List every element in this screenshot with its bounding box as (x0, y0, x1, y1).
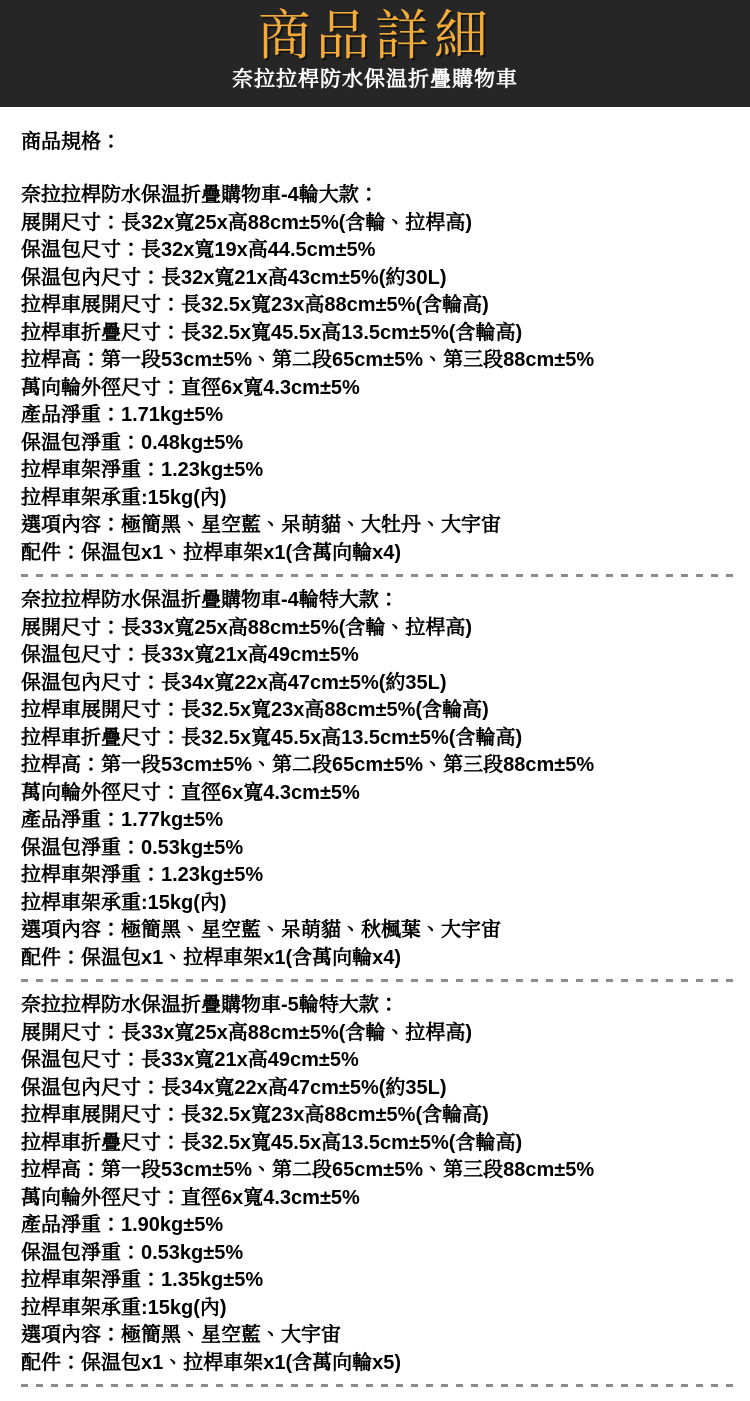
spec-line: 保温包內尺寸：長34x寬22x高47cm±5%(約35L) (21, 1075, 737, 1103)
header-banner: 商品詳細 奈拉拉桿防水保温折疊購物車 (0, 0, 750, 107)
spec-line: 選項內容：極簡黑、星空藍、呆萌貓、秋楓葉、大宇宙 (21, 917, 737, 945)
spec-line: 展開尺寸：長32x寬25x高88cm±5%(含輪、拉桿高) (21, 210, 737, 238)
section-title: 奈拉拉桿防水保温折疊購物車-4輪大款： (21, 182, 737, 210)
spec-line: 拉桿車折疊尺寸：長32.5x寬45.5x高13.5cm±5%(含輪高) (21, 320, 737, 348)
spec-line: 拉桿車架淨重：1.23kg±5% (21, 862, 737, 890)
spec-line: 保温包淨重：0.48kg±5% (21, 430, 737, 458)
spec-line: 拉桿車架承重:15kg(內) (21, 485, 737, 513)
spec-line: 拉桿高：第一段53cm±5%、第二段65cm±5%、第三段88cm±5% (21, 1157, 737, 1185)
spec-line: 拉桿高：第一段53cm±5%、第二段65cm±5%、第三段88cm±5% (21, 752, 737, 780)
spec-line: 保温包內尺寸：長32x寬21x高43cm±5%(約30L) (21, 265, 737, 293)
spec-line: 萬向輪外徑尺寸：直徑6x寬4.3cm±5% (21, 375, 737, 403)
spec-line: 產品淨重：1.90kg±5% (21, 1212, 737, 1240)
page-title: 商品詳細 (0, 7, 750, 65)
spec-line: 拉桿車架承重:15kg(內) (21, 1295, 737, 1323)
spec-line: 展開尺寸：長33x寬25x高88cm±5%(含輪、拉桿高) (21, 615, 737, 643)
product-section-4-wheel-xlarge: 奈拉拉桿防水保温折疊購物車-4輪特大款： 展開尺寸：長33x寬25x高88cm±… (21, 587, 737, 982)
product-section-5-wheel-xlarge: 奈拉拉桿防水保温折疊購物車-5輪特大款： 展開尺寸：長33x寬25x高88cm±… (21, 992, 737, 1387)
spec-line: 拉桿高：第一段53cm±5%、第二段65cm±5%、第三段88cm±5% (21, 347, 737, 375)
spec-line: 拉桿車展開尺寸：長32.5x寬23x高88cm±5%(含輪高) (21, 292, 737, 320)
product-spec-content: 商品規格： 奈拉拉桿防水保温折疊購物車-4輪大款： 展開尺寸：長32x寬25x高… (0, 128, 750, 1401)
spec-line: 拉桿車展開尺寸：長32.5x寬23x高88cm±5%(含輪高) (21, 697, 737, 725)
section-title: 奈拉拉桿防水保温折疊購物車-5輪特大款： (21, 992, 737, 1020)
spec-line: 選項內容：極簡黑、星空藍、呆萌貓、大牡丹、大宇宙 (21, 512, 737, 540)
section-lines: 展開尺寸：長33x寬25x高88cm±5%(含輪、拉桿高)保温包尺寸：長33x寬… (21, 615, 737, 973)
spec-line: 展開尺寸：長33x寬25x高88cm±5%(含輪、拉桿高) (21, 1020, 737, 1048)
spec-line: 產品淨重：1.77kg±5% (21, 807, 737, 835)
spec-line: 萬向輪外徑尺寸：直徑6x寬4.3cm±5% (21, 780, 737, 808)
spec-line: 拉桿車架淨重：1.23kg±5% (21, 457, 737, 485)
spec-line: 配件：保温包x1、拉桿車架x1(含萬向輪x4) (21, 540, 737, 568)
spec-line: 拉桿車架承重:15kg(內) (21, 890, 737, 918)
spec-line: 保温包尺寸：長33x寬21x高49cm±5% (21, 642, 737, 670)
spec-line: 萬向輪外徑尺寸：直徑6x寬4.3cm±5% (21, 1185, 737, 1213)
spec-line: 保温包淨重：0.53kg±5% (21, 1240, 737, 1268)
dashed-divider (21, 979, 737, 982)
dashed-divider (21, 1384, 737, 1387)
spec-line: 保温包尺寸：長32x寬19x高44.5cm±5% (21, 237, 737, 265)
spec-line: 拉桿車折疊尺寸：長32.5x寬45.5x高13.5cm±5%(含輪高) (21, 1130, 737, 1158)
specs-heading: 商品規格： (21, 128, 737, 156)
spec-line: 保温包淨重：0.53kg±5% (21, 835, 737, 863)
spec-line: 產品淨重：1.71kg±5% (21, 402, 737, 430)
spec-line: 配件：保温包x1、拉桿車架x1(含萬向輪x4) (21, 945, 737, 973)
spec-line: 拉桿車架淨重：1.35kg±5% (21, 1267, 737, 1295)
spec-line: 選項內容：極簡黑、星空藍、大宇宙 (21, 1322, 737, 1350)
section-lines: 展開尺寸：長33x寬25x高88cm±5%(含輪、拉桿高)保温包尺寸：長33x寬… (21, 1020, 737, 1378)
spec-line: 拉桿車折疊尺寸：長32.5x寬45.5x高13.5cm±5%(含輪高) (21, 725, 737, 753)
section-title: 奈拉拉桿防水保温折疊購物車-4輪特大款： (21, 587, 737, 615)
spec-line: 保温包尺寸：長33x寬21x高49cm±5% (21, 1047, 737, 1075)
product-section-4-wheel-large: 奈拉拉桿防水保温折疊購物車-4輪大款： 展開尺寸：長32x寬25x高88cm±5… (21, 182, 737, 577)
dashed-divider (21, 574, 737, 577)
spec-line: 配件：保温包x1、拉桿車架x1(含萬向輪x5) (21, 1350, 737, 1378)
spec-line: 保温包內尺寸：長34x寬22x高47cm±5%(約35L) (21, 670, 737, 698)
section-lines: 展開尺寸：長32x寬25x高88cm±5%(含輪、拉桿高)保温包尺寸：長32x寬… (21, 210, 737, 568)
spec-line: 拉桿車展開尺寸：長32.5x寬23x高88cm±5%(含輪高) (21, 1102, 737, 1130)
page-subtitle: 奈拉拉桿防水保温折疊購物車 (0, 68, 750, 92)
